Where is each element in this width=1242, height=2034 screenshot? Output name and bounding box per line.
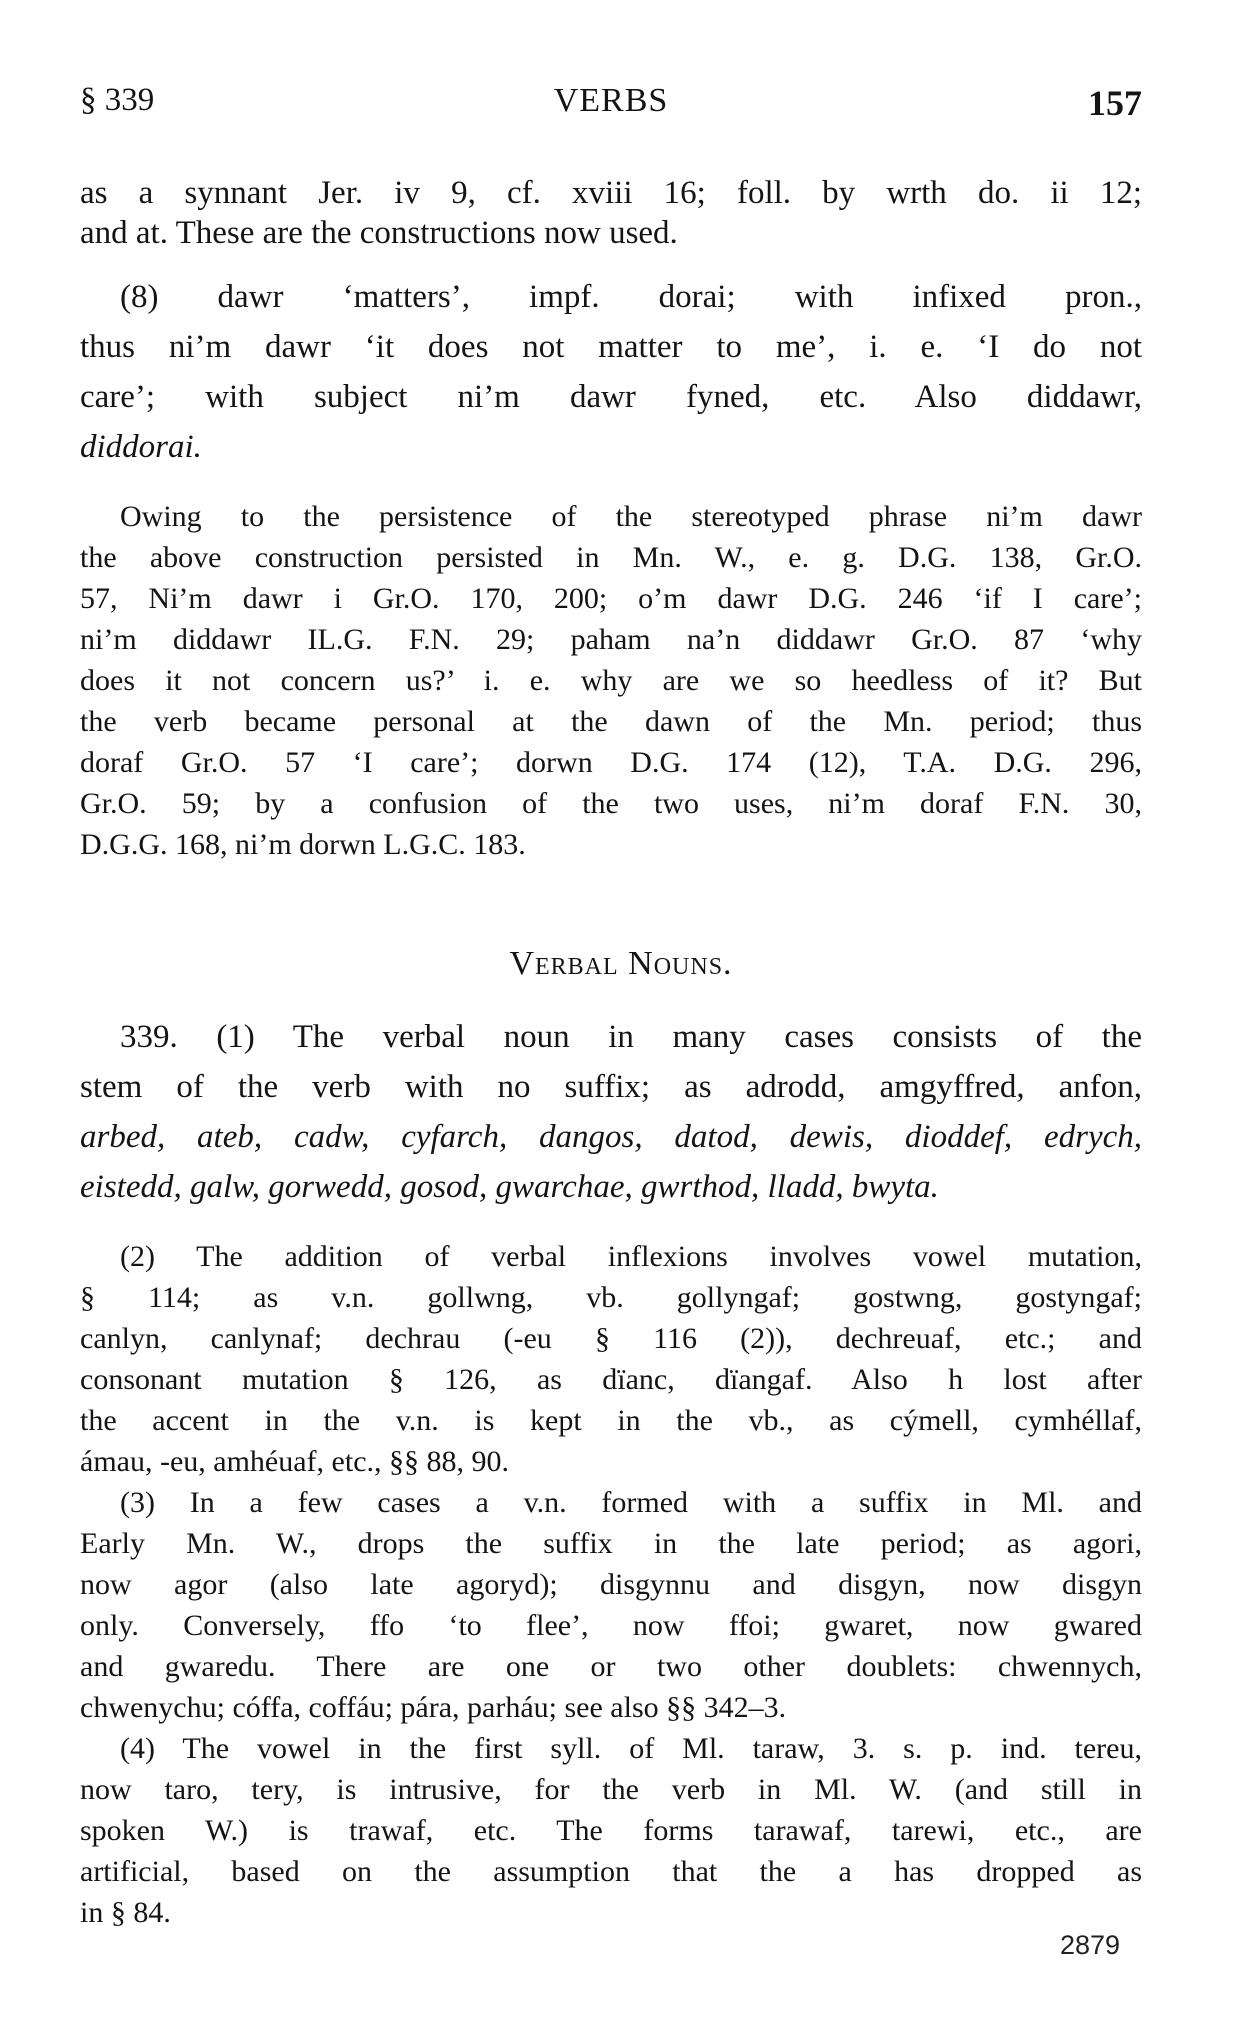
text-line: arbed, ateb, cadw, cyfarch, dangos, dato… <box>80 1112 1142 1162</box>
note-line: ni’m diddawr IL.G. F.N. 29; paham na’n d… <box>80 619 1142 660</box>
note-line: does it not concern us?’ i. e. why are w… <box>80 660 1142 701</box>
text-line: thus ni’m dawr ‘it does not matter to me… <box>80 322 1142 372</box>
text-line: (8) dawr ‘matters’, impf. dorai; with in… <box>80 272 1142 322</box>
text-line: eistedd, galw, gorwedd, gosod, gwarchae,… <box>80 1162 1142 1212</box>
text-line: ámau, -eu, amhéuaf, etc., §§ 88, 90. <box>80 1441 1142 1482</box>
text-line: now agor (also late agoryd); disgynnu an… <box>80 1564 1142 1605</box>
text-line: § 114; as v.n. gollwng, vb. gollyngaf; g… <box>80 1277 1142 1318</box>
text-line: (3) In a few cases a v.n. formed with a … <box>80 1482 1142 1523</box>
text-line: Early Mn. W., drops the suffix in the la… <box>80 1523 1142 1564</box>
book-page: § 339 VERBS 157 as a synnant Jer. iv 9, … <box>0 0 1242 2034</box>
text-line: diddorai. <box>80 422 1142 472</box>
text-line: stem of the verb with no suffix; as adro… <box>80 1062 1142 1112</box>
text-line: care’; with subject ni’m dawr fyned, etc… <box>80 372 1142 422</box>
note-line: Gr.O. 59; by a confusion of the two uses… <box>80 783 1142 824</box>
text-line: (2) The addition of verbal inflexions in… <box>80 1236 1142 1277</box>
note-line: Owing to the persistence of the stereoty… <box>80 496 1142 537</box>
page-number: 157 <box>1088 82 1142 124</box>
note-line: the above construction persisted in Mn. … <box>80 537 1142 578</box>
text-line: now taro, tery, is intrusive, for the ve… <box>80 1769 1142 1810</box>
section-heading: Verbal Nouns. <box>0 945 1242 983</box>
note-line: D.G.G. 168, ni’m dorwn L.G.C. 183. <box>80 824 1142 865</box>
note-line: the verb became personal at the dawn of … <box>80 701 1142 742</box>
header-title: VERBS <box>80 82 1142 120</box>
text-line: chwenychu; cóffa, coffáu; pára, parháu; … <box>80 1687 1142 1728</box>
text-line: and at. These are the constructions now … <box>80 208 1142 258</box>
text-line: consonant mutation § 126, as dïanc, dïan… <box>80 1359 1142 1400</box>
sheet-number: 2879 <box>1060 1930 1120 1961</box>
text-line: spoken W.) is trawaf, etc. The forms tar… <box>80 1810 1142 1851</box>
running-header: § 339 VERBS 157 <box>80 82 1142 126</box>
note-line: 57, Ni’m dawr i Gr.O. 170, 200; o’m dawr… <box>80 578 1142 619</box>
text-line: and gwaredu. There are one or two other … <box>80 1646 1142 1687</box>
text-line: 339. (1) The verbal noun in many cases c… <box>80 1012 1142 1062</box>
note-line: doraf Gr.O. 57 ‘I care’; dorwn D.G. 174 … <box>80 742 1142 783</box>
text-line: in § 84. <box>80 1892 1142 1933</box>
text-line: (4) The vowel in the first syll. of Ml. … <box>80 1728 1142 1769</box>
text-line: the accent in the v.n. is kept in the vb… <box>80 1400 1142 1441</box>
text-line: canlyn, canlynaf; dechrau (-eu § 116 (2)… <box>80 1318 1142 1359</box>
text-line: artificial, based on the assumption that… <box>80 1851 1142 1892</box>
text-line: only. Conversely, ffo ‘to flee’, now ffo… <box>80 1605 1142 1646</box>
